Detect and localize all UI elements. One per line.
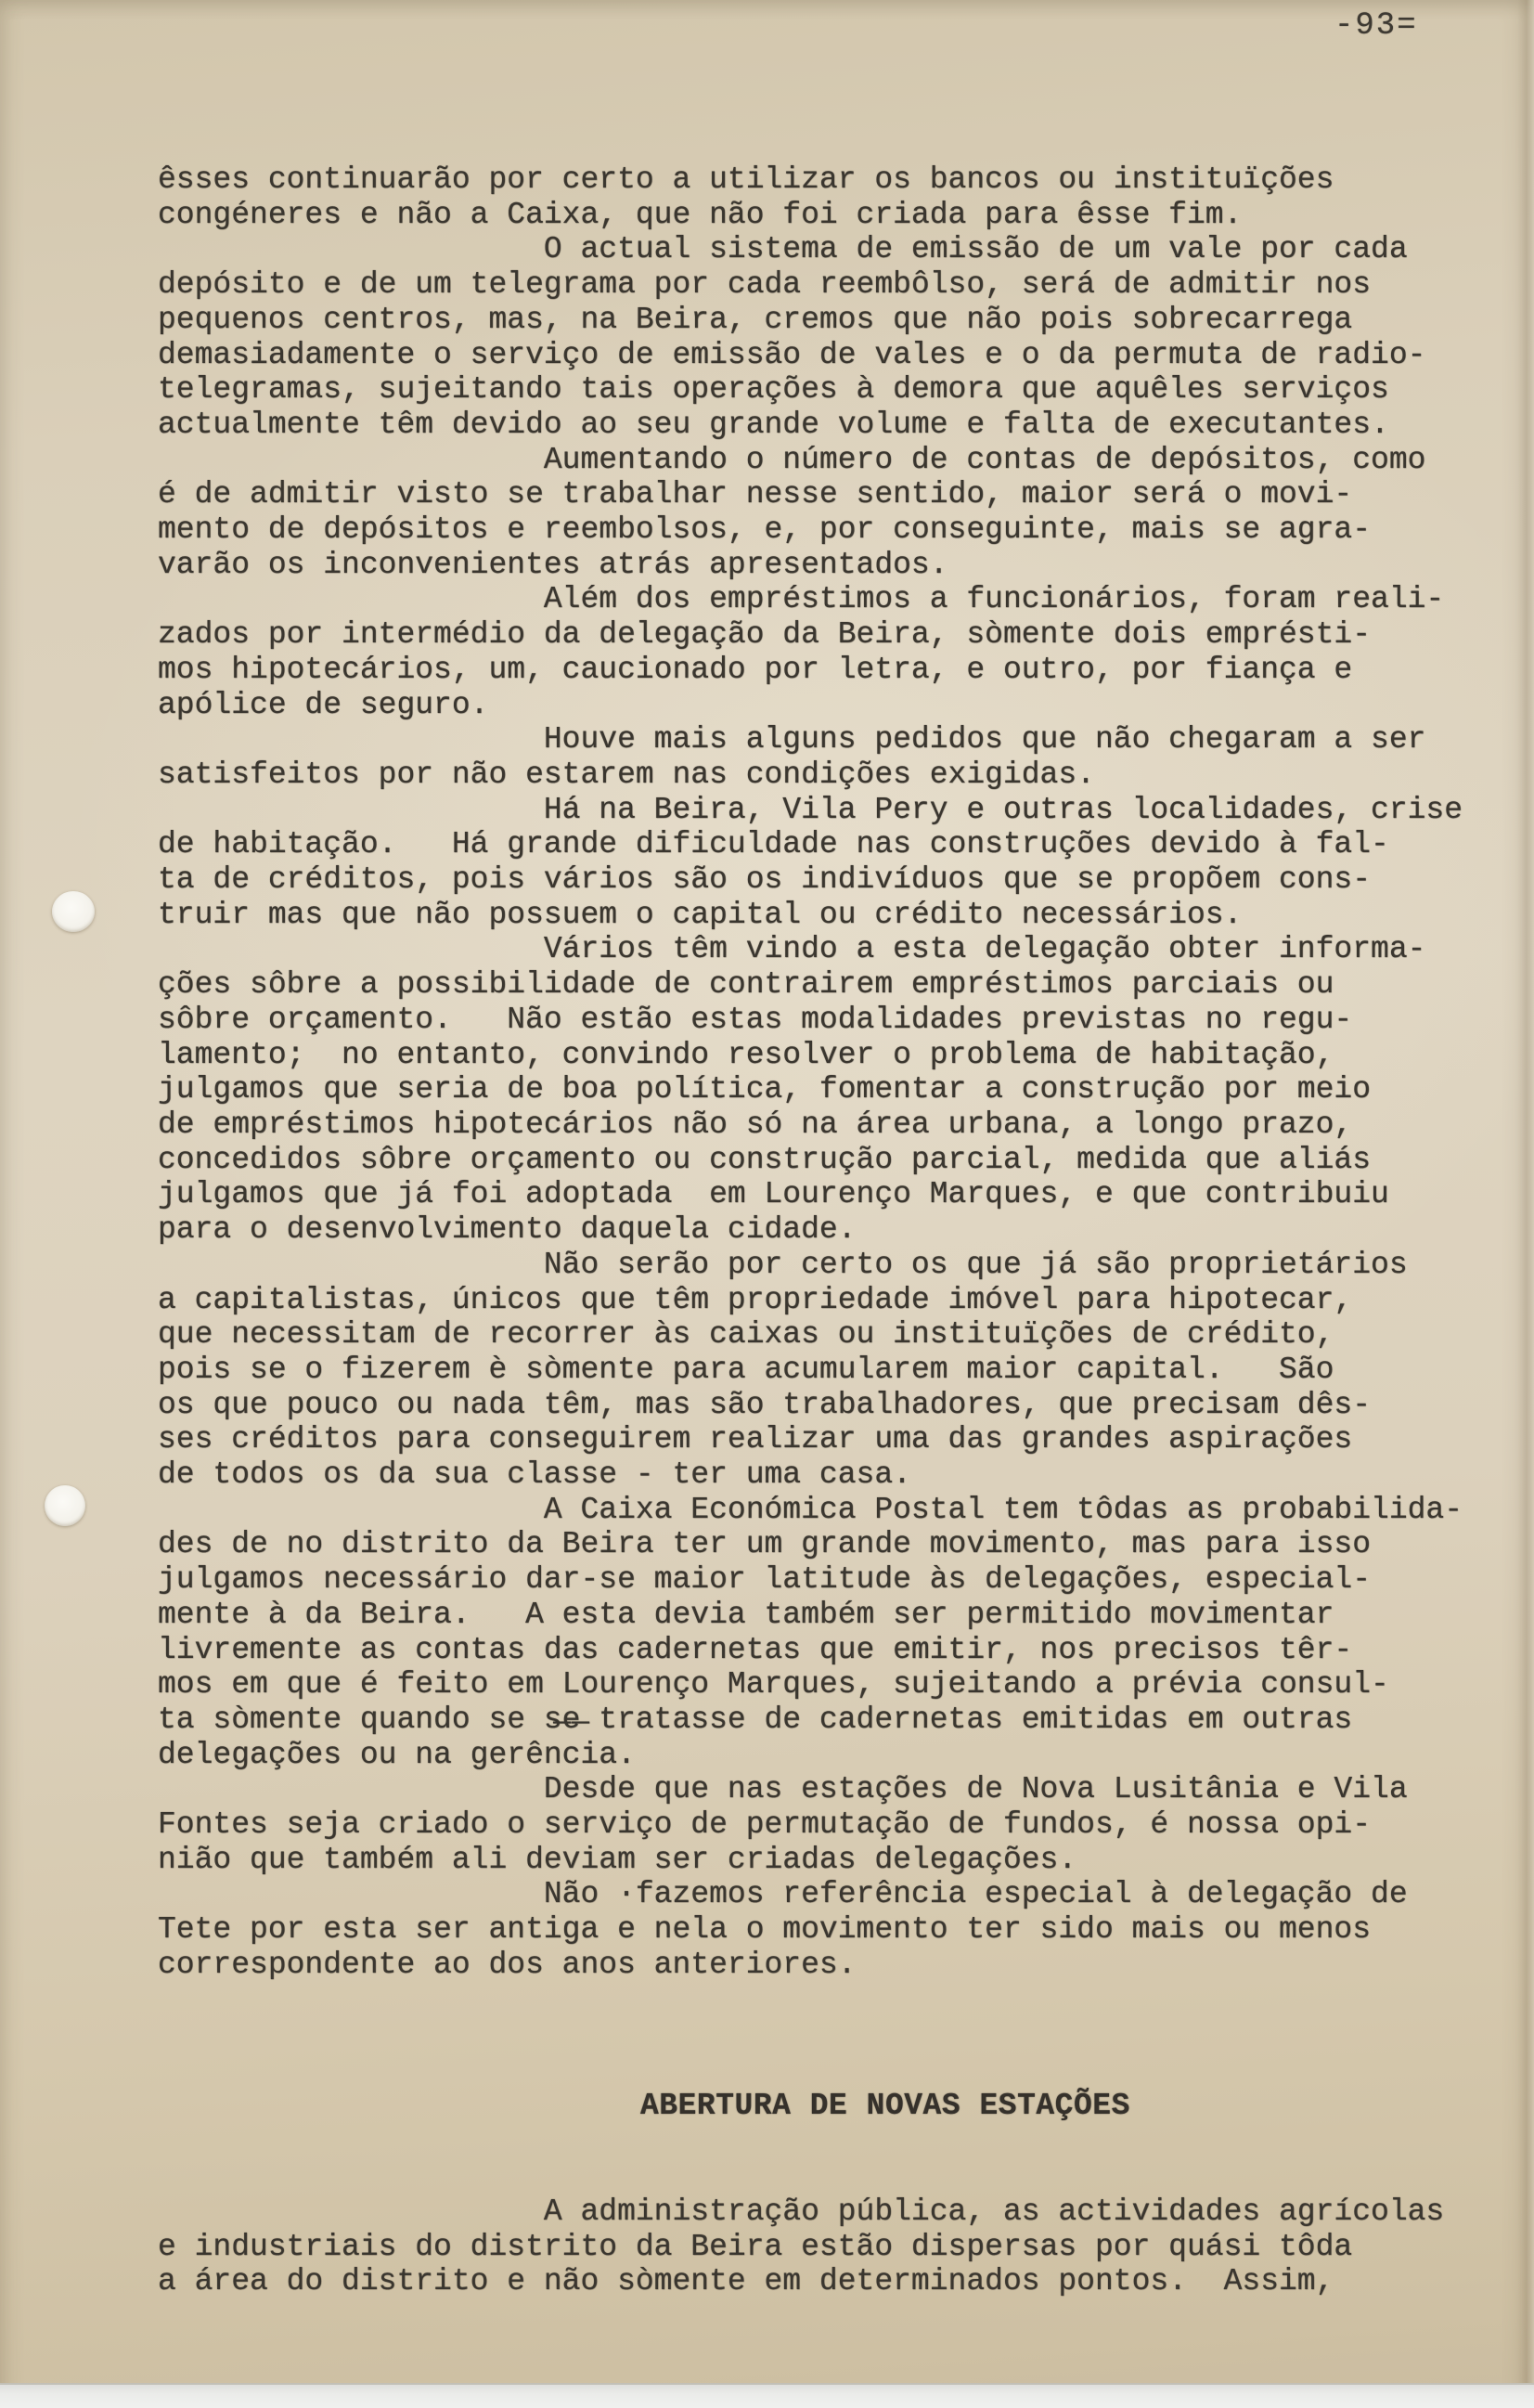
hole-punch-top bbox=[52, 891, 95, 932]
paper-right-edge bbox=[1517, 0, 1534, 2408]
hole-punch-bottom bbox=[45, 1485, 85, 1526]
scanner-edge-strip bbox=[0, 2383, 1534, 2408]
page-number: -93= bbox=[1334, 7, 1418, 45]
section-heading: ABERTURA DE NOVAS ESTAÇÕES bbox=[640, 2089, 1130, 2124]
body-text: êsses continuarão por certo a utilizar o… bbox=[158, 162, 1463, 1983]
closing-paragraph: A administração pública, as actividades … bbox=[158, 2194, 1444, 2299]
document-page: -93= êsses continuarão por certo a utili… bbox=[0, 0, 1534, 2408]
